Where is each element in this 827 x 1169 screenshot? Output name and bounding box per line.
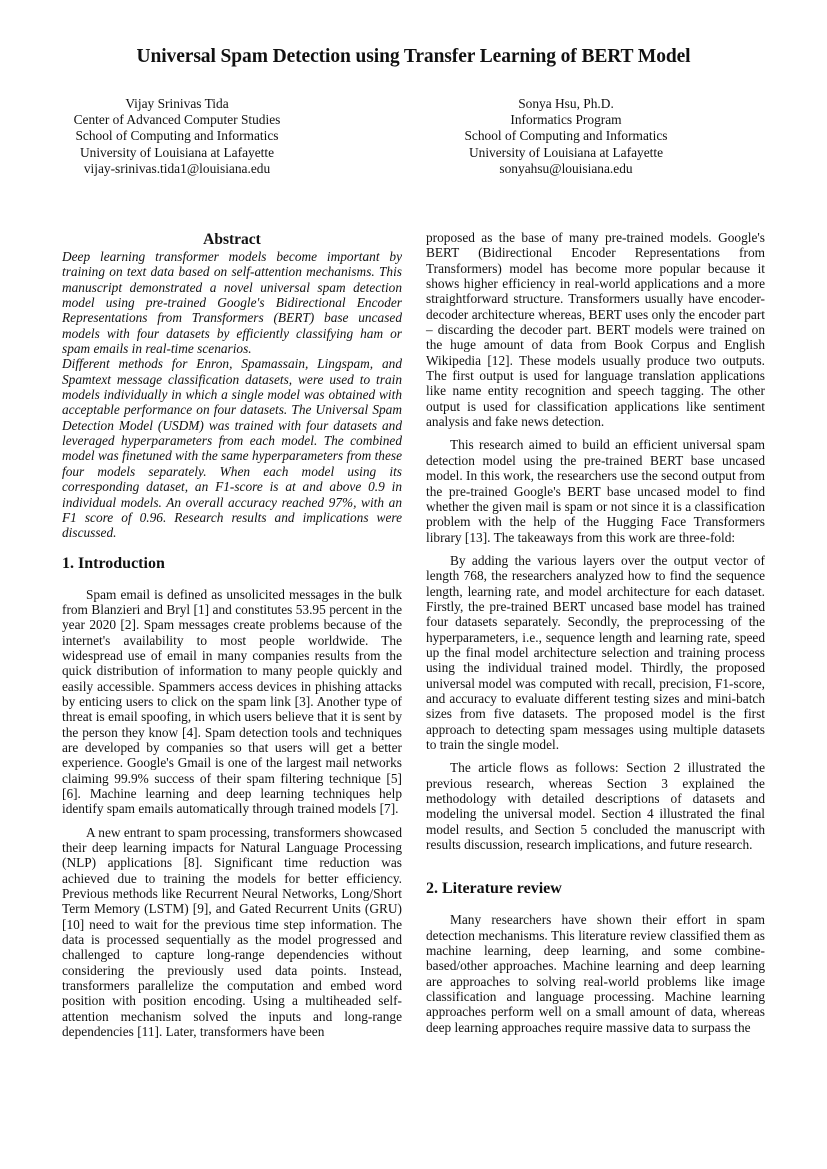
body-paragraph: A new entrant to spam processing, transf… [62,825,402,1040]
body-paragraph: By adding the various layers over the ou… [426,553,765,752]
paper-title: Universal Spam Detection using Transfer … [0,46,827,68]
body-paragraph: proposed as the base of many pre-trained… [426,230,765,429]
section-heading-literature-review: 2. Literature review [426,880,765,898]
left-column: Abstract Deep learning transformer model… [62,231,402,1040]
abstract-heading: Abstract [62,231,402,249]
body-paragraph: Spam email is defined as unsolicited mes… [62,587,402,817]
body-paragraph: The article flows as follows: Section 2 … [426,760,765,852]
body-paragraph: This research aimed to build an efficien… [426,437,765,544]
section-heading-introduction: 1. Introduction [62,555,402,573]
author-email: sonyahsu@louisiana.edu [416,161,716,177]
abstract-paragraph: Different methods for Enron, Spamassain,… [62,356,402,540]
author-name: Vijay Srinivas Tida [27,96,327,112]
abstract-paragraph: Deep learning transformer models become … [62,249,402,356]
author-name: Sonya Hsu, Ph.D. [416,96,716,112]
author-affiliation: Informatics Program [416,112,716,128]
author-affiliation: School of Computing and Informatics [27,128,327,144]
author-email: vijay-srinivas.tida1@louisiana.edu [27,161,327,177]
author-affiliation: University of Louisiana at Lafayette [416,145,716,161]
author-affiliation: University of Louisiana at Lafayette [27,145,327,161]
body-paragraph: Many researchers have shown their effort… [426,912,765,1035]
author-block-1: Vijay Srinivas Tida Center of Advanced C… [27,96,327,177]
author-affiliation: Center of Advanced Computer Studies [27,112,327,128]
abstract: Abstract Deep learning transformer model… [62,231,402,541]
author-block-2: Sonya Hsu, Ph.D. Informatics Program Sch… [416,96,716,177]
right-column: proposed as the base of many pre-trained… [426,230,765,1035]
author-affiliation: School of Computing and Informatics [416,128,716,144]
